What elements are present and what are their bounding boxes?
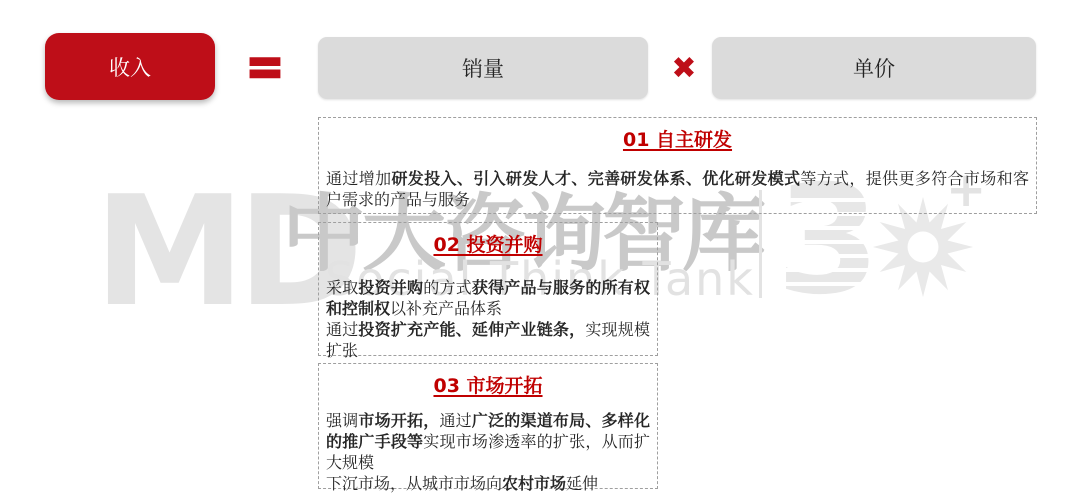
card-independent-rd-title: 01 自主研发 [326,125,1029,152]
card-investment-ma: 02 投资并购 采取投资并购的方式获得产品与服务的所有权和控制权以补充产品体系通… [318,222,658,356]
unit-price-box: 单价 [712,37,1036,99]
sales-volume-box: 销量 [318,37,648,99]
brand-logo: MD [94,176,355,328]
unit-price-label: 单价 [853,53,895,83]
card-investment-ma-title: 02 投资并购 [326,230,650,257]
equals-sign: = [236,35,294,97]
card-independent-rd-body: 通过增加研发投入、引入研发人才、完善研发体系、优化研发模式等方式，提供更多符合市… [326,168,1029,210]
sales-volume-label: 销量 [462,53,504,83]
slide-canvas: MD 中大咨询智库 Social Think Tank 3 + 收入 = 销量 … [0,0,1080,500]
revenue-label: 收入 [109,52,151,82]
revenue-box: 收入 [45,33,215,100]
card-market-expansion-title: 03 市场开拓 [326,371,650,398]
card-market-expansion: 03 市场开拓 强调市场开拓，通过广泛的渠道布局、多样化的推广手段等实现市场渗透… [318,363,658,489]
card-market-expansion-body: 强调市场开拓，通过广泛的渠道布局、多样化的推广手段等实现市场渗透率的扩张，从而扩… [326,410,650,494]
card-independent-rd: 01 自主研发 通过增加研发投入、引入研发人才、完善研发体系、优化研发模式等方式… [318,117,1037,214]
card-investment-ma-body: 采取投资并购的方式获得产品与服务的所有权和控制权以补充产品体系通过投资扩充产能、… [326,277,650,361]
multiply-icon: ✖ [656,37,712,99]
